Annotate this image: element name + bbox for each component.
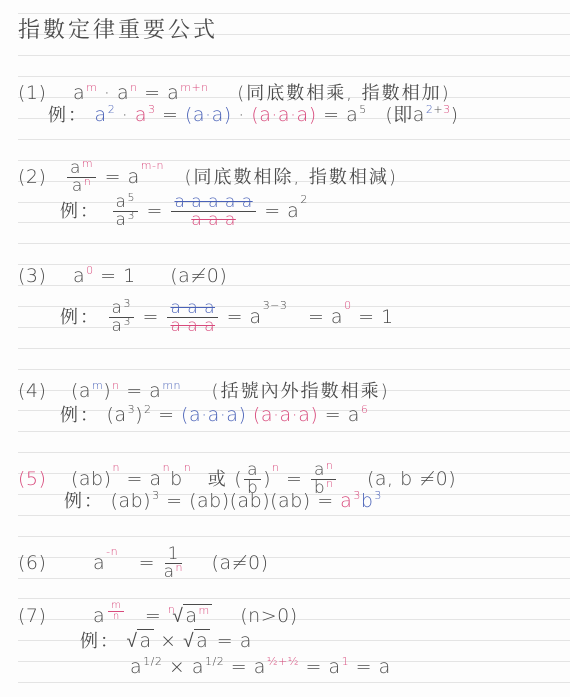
rule-note: (括號內外指數相乘) bbox=[212, 381, 390, 402]
rule-note: (同底數相除, 指數相減) bbox=[184, 167, 398, 188]
rule-5-example: 例： (ab)3 = (ab)(ab)(ab) = a3b3 bbox=[64, 490, 382, 513]
rule-7-example-line2: a1/2 × a1/2 = a½+½ = a1 = a bbox=[130, 656, 391, 678]
rule-1-formula: (1) am · an = am+n (同底數相乘, 指數相加) bbox=[18, 82, 451, 105]
rule-3-example: 例： a3a3 = a·a·aa·a·a = a3−3 = a0 = 1 bbox=[60, 300, 394, 335]
rule-note: (同底數相乘, 指數相加) bbox=[237, 83, 451, 104]
rule-2-formula: (2) aman = am-n (同底數相除, 指數相減) bbox=[18, 160, 398, 195]
rule-6-formula: (6) a-n = 1an (a≠0) bbox=[18, 546, 269, 581]
rule-4-formula: (4) (am)n = amn (括號內外指數相乘) bbox=[18, 380, 390, 403]
rule-4-example: 例： (a3)2 = (a·a·a) (a·a·a) = a6 bbox=[60, 404, 368, 427]
rule-3-formula: (3) a0 = 1 (a≠0) bbox=[18, 265, 227, 287]
rule-7-example-line1: 例： √a × √a = a bbox=[80, 630, 252, 653]
rule-1-example: 例： a2 · a3 = (a·a) · (a·a·a) = a5 (即a2+3… bbox=[48, 104, 459, 127]
rule-7-formula: (7) amn = n√am (n>0) bbox=[18, 605, 298, 627]
rule-2-example: 例： a5a3 = a·a·a·a·aa·a·a = a2 bbox=[60, 194, 308, 229]
rule-number: (1) bbox=[18, 82, 46, 104]
page-title: 指數定律重要公式 bbox=[18, 20, 218, 42]
